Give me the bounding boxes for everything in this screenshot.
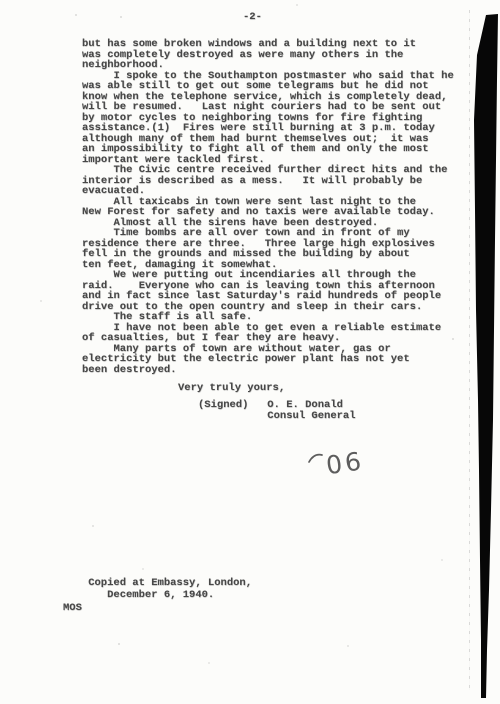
pencil-number: 06 [324, 446, 365, 480]
copy-note-block: Copied at Embassy, London, December 6, 1… [63, 577, 252, 614]
pencil-hook-mark [309, 455, 322, 462]
page-number: -2- [243, 11, 262, 23]
paper-noise-speckles [0, 0, 2, 2]
handwritten-pencil-annotation: 06 [305, 438, 380, 486]
signature-block: (Signed) O. E. Donald Consul General [198, 400, 356, 422]
closing-salutation: Very truly yours, [178, 382, 285, 394]
film-edge-artifact [460, 0, 500, 704]
document-page: -2- but has some broken windows and a bu… [0, 0, 500, 704]
film-edge-shape [474, 14, 498, 698]
letter-body-text: but has some broken windows and a buildi… [82, 39, 454, 375]
